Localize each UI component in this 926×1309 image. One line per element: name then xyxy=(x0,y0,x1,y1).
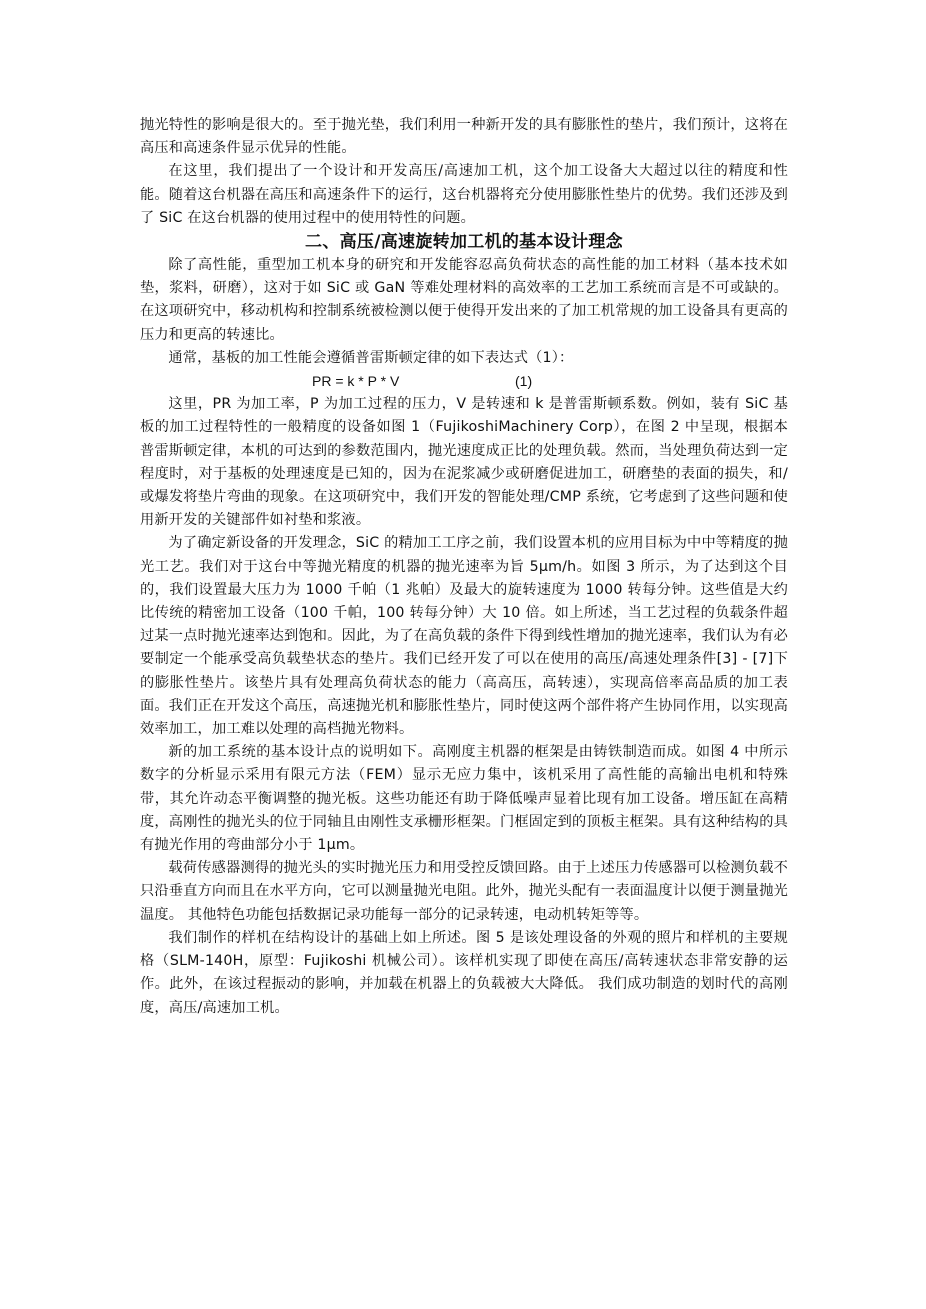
body-paragraph-2: 为了确定新设备的开发理念，SiC 的精加工工序之前，我们设置本机的应用目标为中中… xyxy=(140,532,788,741)
body-paragraph-3: 新的加工系统的基本设计点的说明如下。高刚度主机器的框架是由铸铁制造而成。如图 4… xyxy=(140,741,788,857)
body-paragraph-5: 我们制作的样机在结构设计的基础上如上所述。图 5 是该处理设备的外观的照片和样机… xyxy=(140,927,788,1020)
formula-number: (1) xyxy=(515,370,532,393)
preston-formula: PR = k * P * V (1) xyxy=(140,370,788,393)
body-paragraph-1: 这里，PR 为加工率，P 为加工过程的压力，V 是转速和 k 是普雷斯顿系数。例… xyxy=(140,393,788,532)
section-heading: 二、高压/高速旋转加工机的基本设计理念 xyxy=(140,230,788,254)
document-page: 抛光特性的影响是很大的。至于抛光垫，我们利用一种新开发的具有膨胀性的垫片，我们预… xyxy=(140,114,788,1020)
section-paragraph-1: 除了高性能，重型加工机本身的研究和开发能容忍高负荷状态的高性能的加工材料（基本技… xyxy=(140,254,788,347)
intro-paragraph-2: 在这里，我们提出了一个设计和开发高压/高速加工机，这个加工设备大大超过以往的精度… xyxy=(140,160,788,230)
formula-expression: PR = k * P * V xyxy=(312,370,399,393)
intro-paragraph-1: 抛光特性的影响是很大的。至于抛光垫，我们利用一种新开发的具有膨胀性的垫片，我们预… xyxy=(140,114,788,160)
body-paragraph-4: 载荷传感器测得的抛光头的实时抛光压力和用受控反馈回路。由于上述压力传感器可以检测… xyxy=(140,857,788,927)
section-paragraph-2: 通常，基板的加工性能会遵循普雷斯顿定律的如下表达式（1）： xyxy=(140,347,788,370)
